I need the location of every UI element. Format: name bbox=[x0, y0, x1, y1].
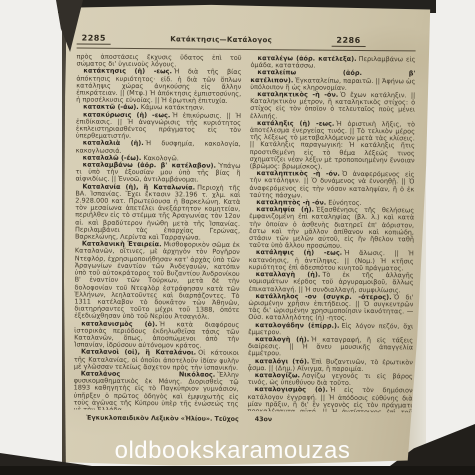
running-title: Κατάκτησις—Κατάλογος bbox=[111, 35, 332, 45]
dictionary-entry: καταλαμβάνω (ἀόρ. β' κατέλαβον).Ὑπάγω τι… bbox=[75, 162, 240, 185]
dictionary-entry: καταλογισμὸς (ὁ).Ἡ εἰς τὸν δημόσιον κατά… bbox=[247, 386, 412, 412]
dictionary-entry: κατάληξις (ἡ) -εως.Ἡ ὁριστικὴ λῆξις, τὸ … bbox=[250, 120, 415, 172]
page-header: 2285 Κατάκτησις—Κατάλογος 2286 bbox=[77, 33, 416, 47]
entry-definition: Ἡ ὁριστικὴ λῆξις, τὸ ἀποτέλεσμα ἐνεργεία… bbox=[250, 120, 415, 171]
dictionary-entry: καταλανισμὸς (ὁ).Ἡ κατὰ διαφόρους ἱστορι… bbox=[74, 320, 239, 350]
right-column: καταλέγω (ἀόρ. κατέλεξα).Περιλαμβάνω εἰς… bbox=[247, 55, 415, 412]
dictionary-entry: κατάληψις (ἡ) -εως.Ἡ ἅλωσις. || Ἡ κατανό… bbox=[249, 249, 414, 272]
footer-issue-number: 43ον bbox=[255, 416, 272, 423]
dictionary-entry: καταλογὴ (ἡ).Ἡ καταγραφή, ἢ εἰς τάξεις δ… bbox=[248, 336, 413, 359]
page-number-left: 2285 bbox=[77, 33, 111, 44]
entry-definition: Μισθοφορικὸν σῶμα ἐκ Καταλανῶν, οἵτινες,… bbox=[74, 241, 240, 321]
dictionary-entry: Καταλανοὶ (οἱ), ἢ Καταλάνοι.Οἱ κάτοικοι … bbox=[74, 349, 239, 372]
entry-definition: Ἐξασθένησις τῆς θελήσεως ἐμφανιζομένη ἐπ… bbox=[249, 206, 414, 250]
header-rule bbox=[77, 47, 416, 51]
page-number-right: 2286 bbox=[331, 36, 365, 47]
dictionary-entry: Καταλανία (ἡ), ἢ Καταλωνία.Περιοχὴ τῆς Β… bbox=[75, 183, 240, 242]
dictionary-entry: καταληπτικὸς -ὴ -όν.Ὁ ἀναφερόμενος εἰς τ… bbox=[249, 170, 414, 200]
left-column: πρὸς ἀποστάσεις ἔκχυσις ὕδατος ἐπὶ τοῦ σ… bbox=[73, 53, 241, 410]
footer-text: Ἐγκυκλοπαιδικὸν Λεξικὸν «Ἡλίου». Τεῦχος bbox=[86, 415, 238, 423]
dictionary-entry: Καταλάνος Νικόλαος.Ἕλλην φυσικομαθηματικ… bbox=[73, 370, 238, 411]
dictionary-entry: καταλλαγὴ (ἡ).Τὸ ἐκ τῆς ἀλλαγῆς νομισμάτ… bbox=[248, 271, 413, 294]
watermark-text: oldbookskaramouzas bbox=[0, 437, 465, 465]
page-footer: Ἐγκυκλοπαιδικὸν Λεξικὸν «Ἡλίου». Τεῦχος … bbox=[86, 415, 412, 425]
dictionary-entry: καταληψία (ἡ).Ἐξασθένησις τῆς θελήσεως ἐ… bbox=[249, 206, 414, 251]
entry-definition: Περιοχὴ τῆς ΒΑ. Ἱσπανίας. Ἔχει ἔκτασιν 3… bbox=[75, 183, 241, 241]
dictionary-entry: Καταλανικὴ Ἑταιρεία.Μισθοφορικὸν σῶμα ἐκ… bbox=[74, 241, 240, 322]
page-content: 2285 Κατάκτησις—Κατάλογος 2286 πρὸς ἀποσ… bbox=[60, 3, 432, 424]
dictionary-entry: κατάκτησις (ἡ) -εως.Ἡ διὰ τῆς βίας ἀπόκτ… bbox=[76, 68, 241, 105]
dictionary-entry: καταληκτικὸς -ὴ -όν.Ὁ ἔχων κατάληξιν. ||… bbox=[250, 91, 415, 121]
text-columns: πρὸς ἀποστάσεις ἔκχυσις ὕδατος ἐπὶ τοῦ σ… bbox=[73, 53, 415, 412]
book-page: 2285 Κατάκτησις—Κατάλογος 2286 πρὸς ἀποσ… bbox=[64, 4, 432, 466]
dictionary-entry: κατάλληλος -ον (συγκρ. -ότερος).Ὁ δι' ὡρ… bbox=[248, 293, 413, 323]
dictionary-entry: καταλείπω (ἀόρ. β' κατέλιπον).Ἐγκαταλείπ… bbox=[250, 69, 415, 92]
dictionary-entry: κατακύρωσις (ἡ) -εως.Ἡ ἐπικύρωσις. || Ἡ … bbox=[76, 111, 241, 141]
photo-bottom-dark-bar bbox=[0, 466, 475, 475]
